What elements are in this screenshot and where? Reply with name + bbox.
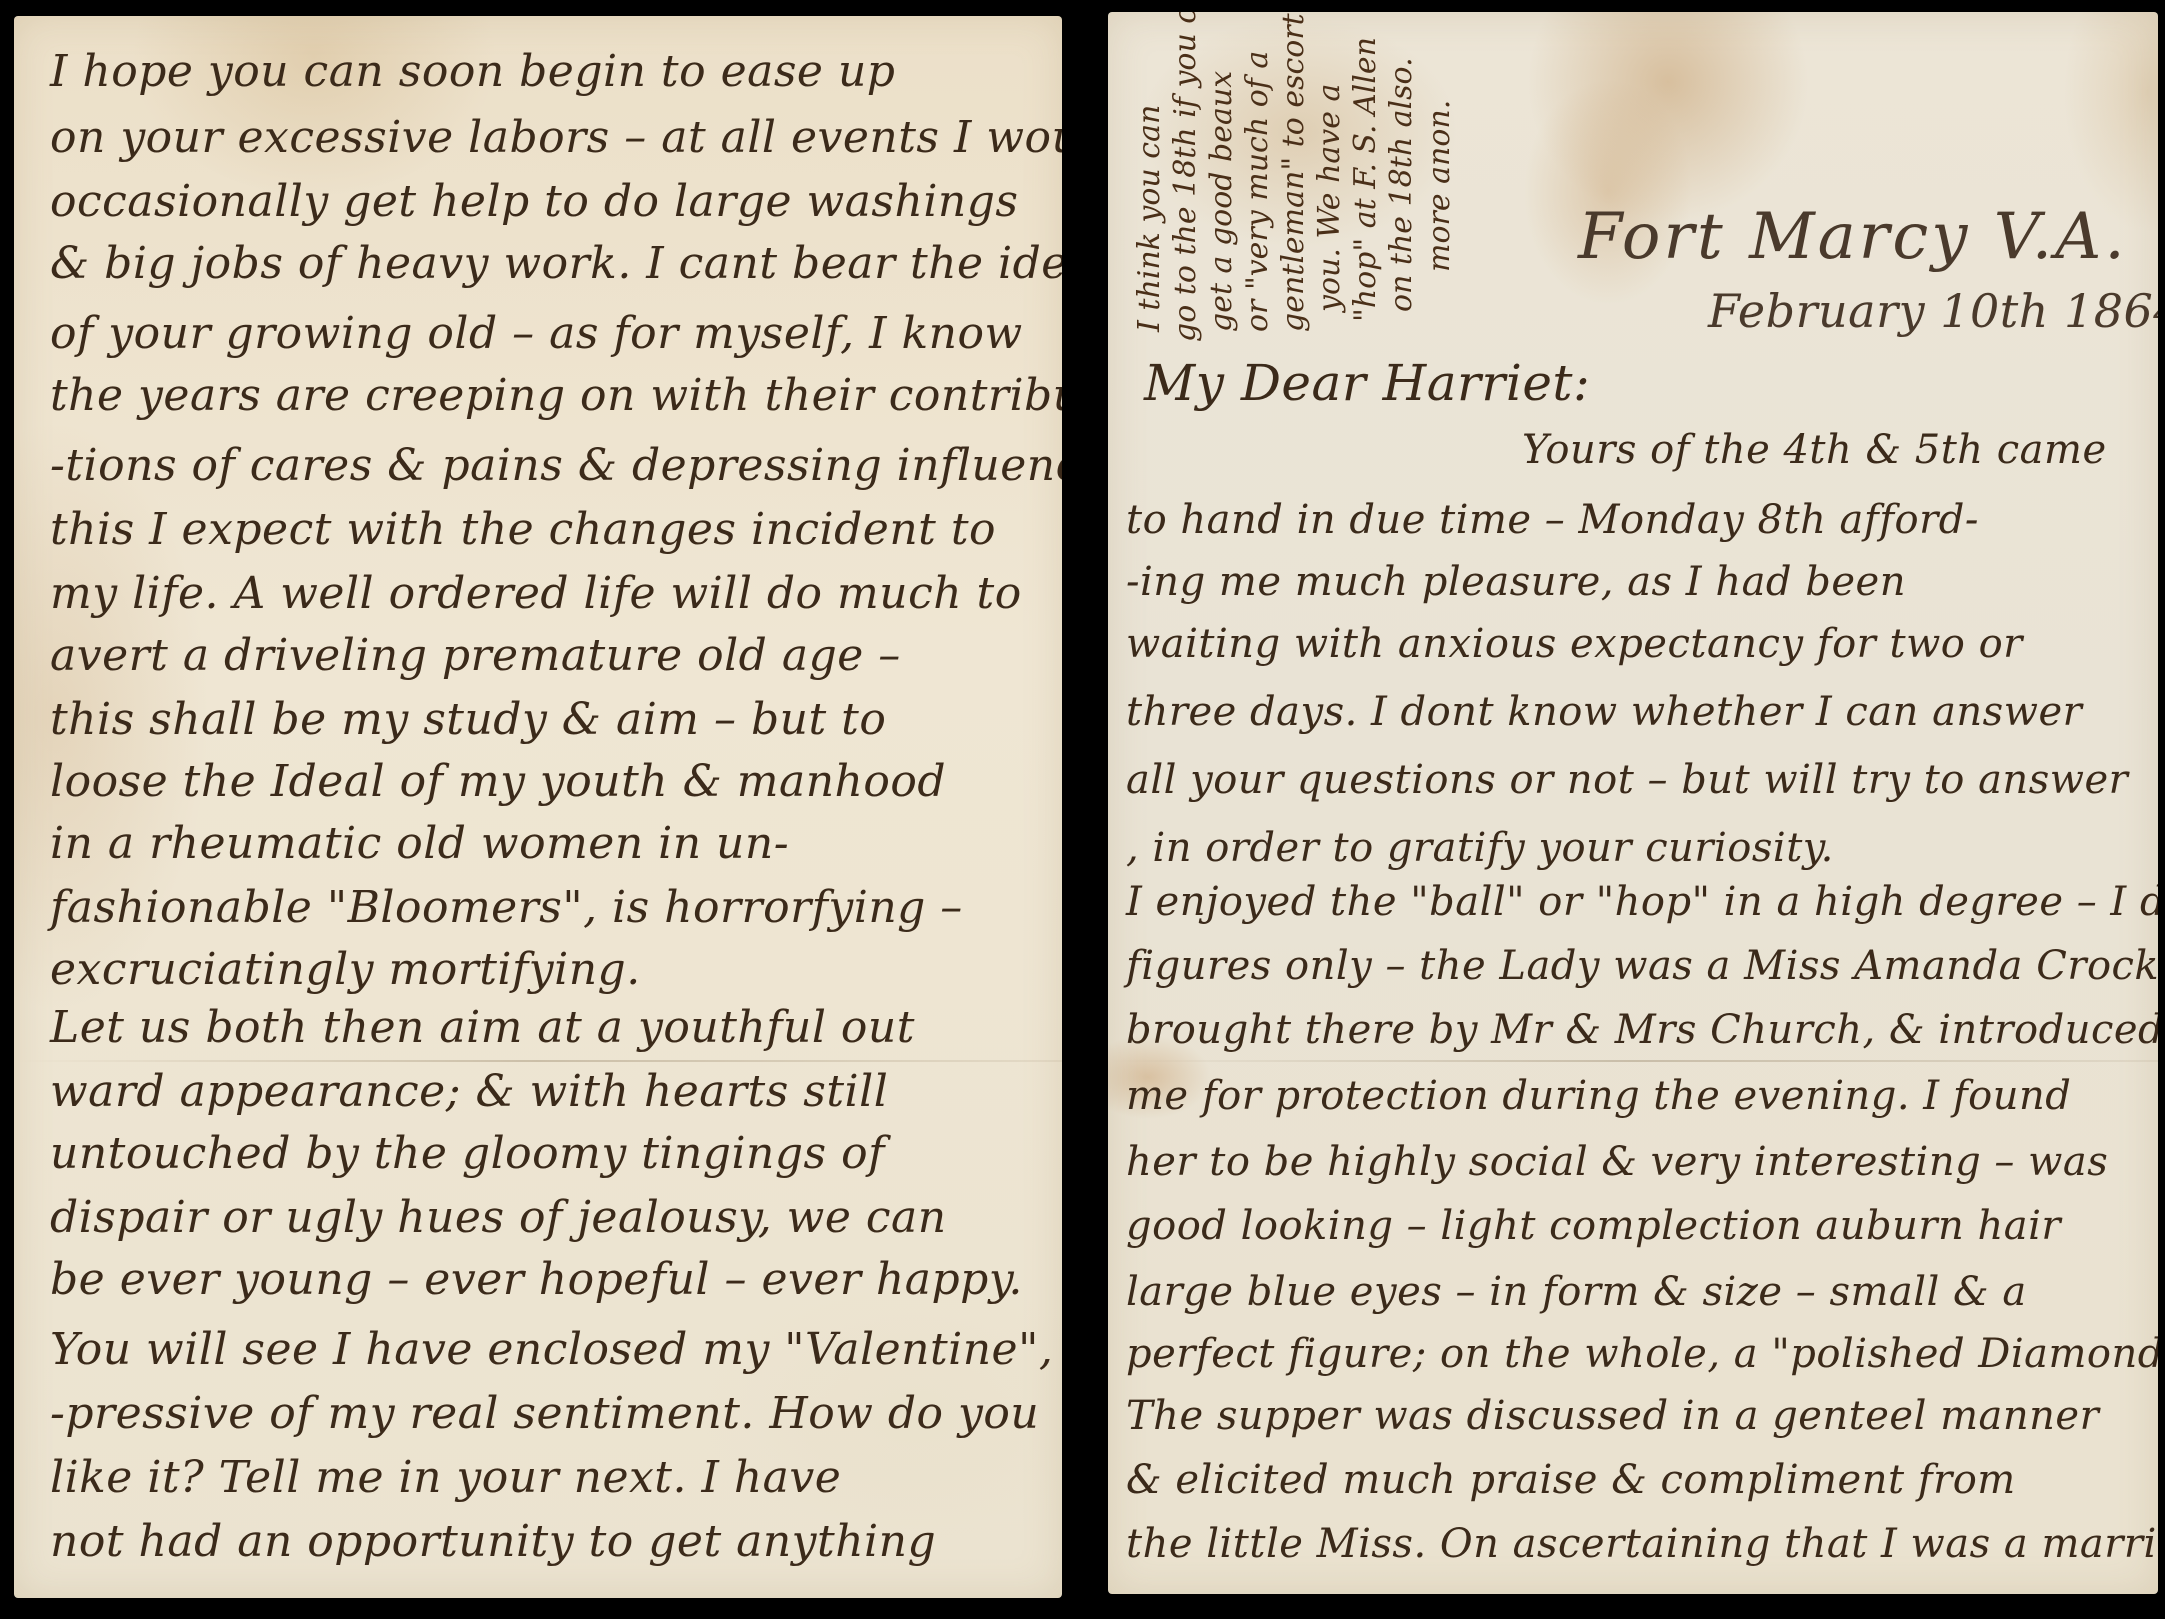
- letter-line: You will see I have enclosed my "Valenti…: [50, 1324, 1062, 1376]
- margin-note-line: you. We have a: [1312, 84, 1347, 312]
- letter-line: my life. A well ordered life will do muc…: [50, 568, 1022, 620]
- letter-line: three days. I dont know whether I can an…: [1126, 688, 2082, 736]
- letter-line: to hand in due time – Monday 8th afford-: [1126, 496, 1979, 544]
- margin-note-line: or "very much of a: [1240, 51, 1275, 332]
- letter-line: good looking – light complection auburn …: [1126, 1202, 2061, 1250]
- letter-line: the years are creeping on with their con…: [50, 370, 1062, 422]
- fold-line: [14, 1060, 1062, 1062]
- letter-line: The supper was discussed in a genteel ma…: [1126, 1392, 2099, 1440]
- letter-line: I hope you can soon begin to ease up: [50, 46, 895, 98]
- letter-line: -tions of cares & pains & depressing inf…: [50, 440, 1062, 492]
- letter-line: fashionable "Bloomers", is horrorfying –: [50, 882, 963, 934]
- letter-line: -pressive of my real sentiment. How do y…: [50, 1388, 1039, 1440]
- letter-line: , in order to gratify your curiosity.: [1126, 824, 1834, 872]
- letter-line: waiting with anxious expectancy for two …: [1126, 620, 2023, 668]
- letter-line: ward appearance; & with hearts still: [50, 1066, 888, 1118]
- letter-line: Yours of the 4th & 5th came: [1522, 426, 2107, 474]
- letter-line: in a rheumatic old women in un-: [50, 818, 789, 870]
- letter-line: excruciatingly mortifying.: [50, 944, 641, 996]
- margin-note-line: "hop" at F. S. Allen: [1348, 37, 1383, 322]
- letter-place-heading: Fort Marcy V.A.: [1578, 200, 2128, 274]
- letter-line: the little Miss. On ascertaining that I …: [1126, 1520, 2158, 1568]
- letter-line: her to be highly social & very interesti…: [1126, 1138, 2108, 1186]
- letter-page-left: I hope you can soon begin to ease up on …: [14, 16, 1062, 1598]
- letter-line: I enjoyed the "ball" or "hop" in a high …: [1126, 878, 2158, 926]
- margin-note-line: go to the 18th if you can: [1168, 12, 1203, 342]
- letter-line: me for protection during the evening. I …: [1126, 1072, 2071, 1120]
- letter-line: & elicited much praise & compliment from: [1126, 1456, 2016, 1504]
- letter-date: February 10th 1864.: [1708, 284, 2158, 338]
- letter-line: on your excessive labors – at all events…: [50, 112, 1062, 164]
- fold-line: [1108, 1060, 2158, 1062]
- letter-line: not had an opportunity to get anything: [50, 1516, 936, 1568]
- margin-note-line: get a good beaux: [1204, 71, 1239, 332]
- letter-line: of your growing old – as for myself, I k…: [50, 308, 1023, 360]
- letter-line: untouched by the gloomy tingings of: [50, 1128, 885, 1180]
- letter-line: perfect figure; on the whole, a "polishe…: [1126, 1330, 2158, 1378]
- letter-line: figures only – the Lady was a Miss Amand…: [1126, 942, 2158, 990]
- letter-line: this I expect with the changes incident …: [50, 504, 996, 556]
- letter-salutation: My Dear Harriet:: [1144, 354, 1590, 412]
- letter-line: occasionally get help to do large washin…: [50, 176, 1018, 228]
- margin-note-line: I think you can: [1132, 105, 1167, 332]
- margin-note-line: on the 18th also.: [1384, 57, 1419, 312]
- letter-line: Let us both then aim at a youthful out: [50, 1002, 915, 1054]
- letter-line: be ever young – ever hopeful – ever happ…: [50, 1254, 1023, 1306]
- letter-line: -ing me much pleasure, as I had been: [1126, 558, 1906, 606]
- margin-note: I think you can go to the 18th if you ca…: [1118, 12, 1448, 342]
- letter-line: like it? Tell me in your next. I have: [50, 1452, 841, 1504]
- letter-line: all your questions or not – but will try…: [1126, 756, 2128, 804]
- letter-line: loose the Ideal of my youth & manhood: [50, 756, 946, 808]
- letter-line: brought there by Mr & Mrs Church, & intr…: [1126, 1006, 2158, 1054]
- letter-line: dispair or ugly hues of jealousy, we can: [50, 1192, 947, 1244]
- margin-note-line: gentleman" to escort: [1276, 13, 1311, 332]
- letter-line: avert a driveling premature old age –: [50, 630, 901, 682]
- letter-line: & big jobs of heavy work. I cant bear th…: [50, 238, 1062, 290]
- margin-note-line: more anon.: [1422, 100, 1457, 272]
- letter-line: large blue eyes – in form & size – small…: [1126, 1268, 2027, 1316]
- letter-page-right: I think you can go to the 18th if you ca…: [1108, 12, 2158, 1594]
- letter-line: this shall be my study & aim – but to: [50, 694, 886, 746]
